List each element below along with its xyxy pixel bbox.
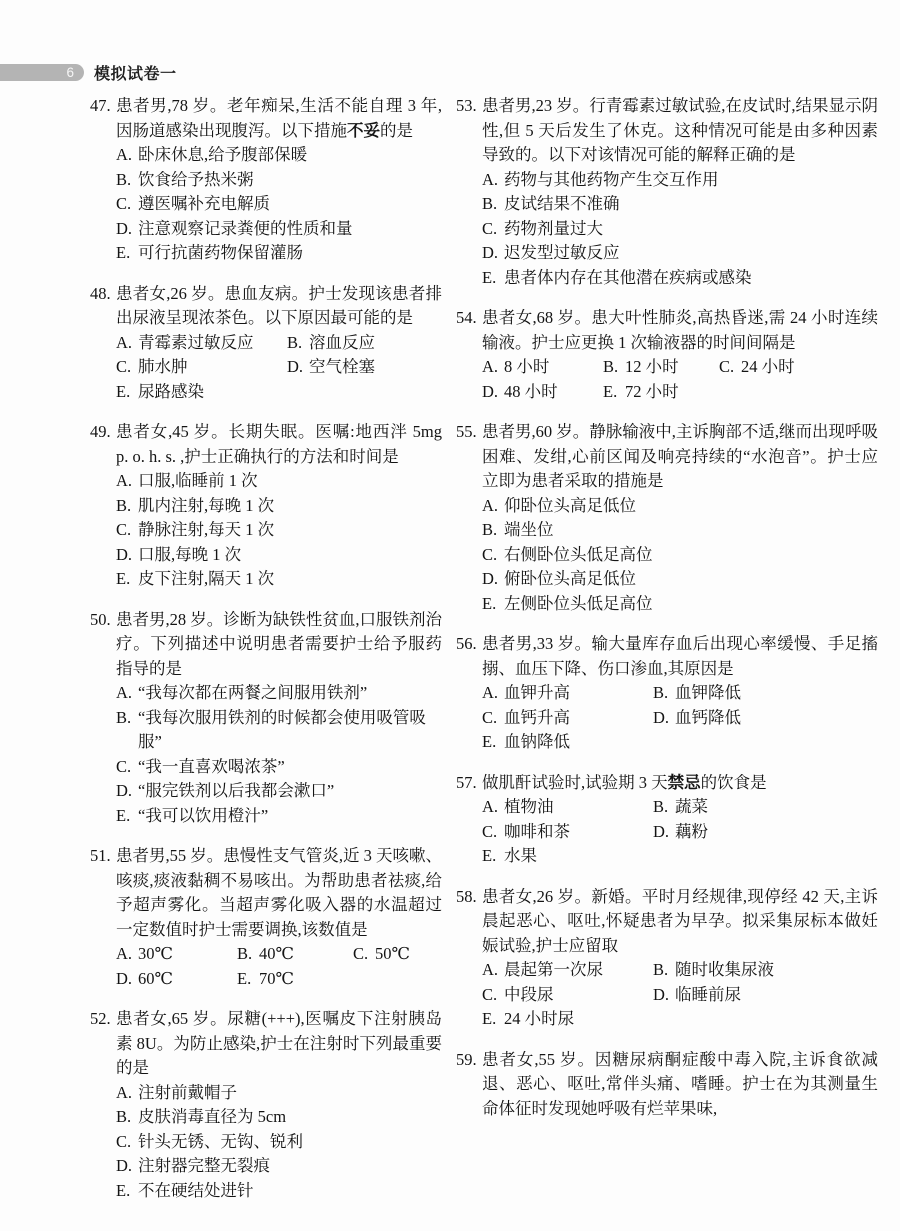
question-stem: 患者男,60 岁。静脉输液中,主诉胸部不适,继而出现呼吸困难、发绀,心前区闻及响… [482,420,878,494]
option-label: A. [482,168,504,193]
option: B.“我每次服用铁剂的时候都会使用吸管吸服” [116,706,442,755]
option-text: 饮食给予热米粥 [138,168,442,193]
option-label: D. [482,241,504,266]
option-label: E. [116,1179,138,1204]
option: C.中段尿 [482,983,653,1008]
option-label: D. [653,706,675,731]
option: D.临睡前尿 [653,983,878,1008]
option-text: 注射前戴帽子 [138,1081,442,1106]
option-text: 40℃ [259,942,353,967]
question: 49.患者女,45 岁。长期失眠。医嘱:地西泮 5mg p. o. h. s. … [90,420,442,592]
options: A.口服,临睡前 1 次B.肌内注射,每晚 1 次C.静脉注射,每天 1 次D.… [116,469,442,592]
question-number: 58. [456,885,482,1032]
option: D.空气栓塞 [287,355,442,380]
option-label: C. [116,1130,138,1155]
stem-text: 患者女,55 岁。因糖尿病酮症酸中毒入院,主诉食欲减退、恶心、呕吐,常伴头痛、嗜… [482,1050,878,1118]
option: C.咖啡和茶 [482,820,653,845]
option-text: 右侧卧位头低足高位 [504,543,878,568]
question-stem: 患者女,26 岁。患血友病。护士发现该患者排出尿液呈现浓茶色。以下原因最可能的是 [116,282,442,331]
option-label: D. [116,779,138,804]
option-label: D. [287,355,309,380]
option-text: 注射器完整无裂痕 [138,1154,442,1179]
option: A.口服,临睡前 1 次 [116,469,442,494]
option: C.50℃ [353,942,442,967]
options: A.卧床休息,给予腹部保暖B.饮食给予热米粥C.遵医嘱补充电解质D.注意观察记录… [116,143,442,266]
question: 56.患者男,33 岁。输大量库存血后出现心率缓慢、手足搐搦、血压下降、伤口渗血… [456,632,878,755]
option: B.40℃ [237,942,353,967]
question-number: 57. [456,771,482,869]
option: A.仰卧位头高足低位 [482,494,878,519]
question-body: 患者男,60 岁。静脉输液中,主诉胸部不适,继而出现呼吸困难、发绀,心前区闻及响… [482,420,878,616]
question-stem: 患者女,65 岁。尿糖(+++),医嘱皮下注射胰岛素 8U。为防止感染,护士在注… [116,1007,442,1081]
option-label: E. [237,967,259,992]
option: E.患者体内存在其他潜在疾病或感染 [482,266,878,291]
page-number-bar: 6 [0,64,84,81]
options: A.8 小时B.12 小时C.24 小时D.48 小时E.72 小时 [482,355,878,404]
question-number: 53. [456,94,482,290]
option-text: 肺水肿 [138,355,287,380]
option-label: B. [116,494,138,519]
option: E.24 小时尿 [482,1007,653,1032]
option-label: A. [482,681,504,706]
option: C.静脉注射,每天 1 次 [116,518,442,543]
option-label: D. [482,567,504,592]
option-text: 24 小时尿 [504,1007,653,1032]
option-label: B. [653,795,675,820]
options: A.仰卧位头高足低位B.端坐位C.右侧卧位头低足高位D.俯卧位头高足低位E.左侧… [482,494,878,617]
option-label: E. [603,380,625,405]
question-body: 患者女,55 岁。因糖尿病酮症酸中毒入院,主诉食欲减退、恶心、呕吐,常伴头痛、嗜… [482,1048,878,1122]
option-label: E. [482,844,504,869]
option-text: 72 小时 [625,380,719,405]
option-text: “我每次都在两餐之间服用铁剂” [138,681,442,706]
question: 52.患者女,65 岁。尿糖(+++),医嘱皮下注射胰岛素 8U。为防止感染,护… [90,1007,442,1203]
option: B.皮肤消毒直径为 5cm [116,1105,442,1130]
option-label: A. [116,681,138,706]
option: B.肌内注射,每晚 1 次 [116,494,442,519]
option-text: 60℃ [138,967,237,992]
question-number: 55. [456,420,482,616]
option-text: 溶血反应 [309,331,442,356]
option: E.“我可以饮用橙汁” [116,804,442,829]
question-stem: 患者女,26 岁。新婚。平时月经规律,现停经 42 天,主诉晨起恶心、呕吐,怀疑… [482,885,878,959]
stem-text: 患者男,23 岁。行青霉素过敏试验,在皮试时,结果显示阴性,但 5 天后发生了休… [482,96,878,164]
question-body: 患者女,45 岁。长期失眠。医嘱:地西泮 5mg p. o. h. s. ,护士… [116,420,442,592]
option-label: B. [237,942,259,967]
option-label: B. [653,681,675,706]
option-text: 血钙升高 [504,706,653,731]
option-text: 48 小时 [504,380,603,405]
option-label: D. [653,983,675,1008]
option-text: “我每次服用铁剂的时候都会使用吸管吸服” [138,706,442,755]
option-text: 随时收集尿液 [675,958,878,983]
stem-text: 患者男,33 岁。输大量库存血后出现心率缓慢、手足搐搦、血压下降、伤口渗血,其原… [482,634,878,678]
option: E.水果 [482,844,653,869]
option-text: 不在硬结处进针 [138,1179,442,1204]
option-text: 仰卧位头高足低位 [504,494,878,519]
option: A.卧床休息,给予腹部保暖 [116,143,442,168]
question-stem: 做肌酐试验时,试验期 3 天禁忌的饮食是 [482,771,878,796]
option: D.注射器完整无裂痕 [116,1154,442,1179]
option-label: E. [482,1007,504,1032]
option: B.蔬菜 [653,795,878,820]
option: A.药物与其他药物产生交互作用 [482,168,878,193]
question-stem: 患者男,55 岁。患慢性支气管炎,近 3 天咳嗽、咳痰,痰液黏稠不易咳出。为帮助… [116,844,442,942]
option-text: 24 小时 [741,355,878,380]
option: E.左侧卧位头低足高位 [482,592,878,617]
exam-page: 6 模拟试卷一 47.患者男,78 岁。老年痴呆,生活不能自理 3 年,因肠道感… [0,0,900,1231]
option: E.70℃ [237,967,353,992]
option-text: 药物剂量过大 [504,217,878,242]
option: A.30℃ [116,942,237,967]
option-label: D. [116,217,138,242]
option-text: 水果 [504,844,653,869]
option-label: E. [116,804,138,829]
question-number: 48. [90,282,116,405]
question-body: 患者男,55 岁。患慢性支气管炎,近 3 天咳嗽、咳痰,痰液黏稠不易咳出。为帮助… [116,844,442,991]
option-text: 尿路感染 [138,380,287,405]
option-text: 端坐位 [504,518,878,543]
option-text: 植物油 [504,795,653,820]
column-left: 47.患者男,78 岁。老年痴呆,生活不能自理 3 年,因肠道感染出现腹泻。以下… [90,94,442,1219]
options: A.青霉素过敏反应B.溶血反应C.肺水肿D.空气栓塞E.尿路感染 [116,331,442,405]
question: 58.患者女,26 岁。新婚。平时月经规律,现停经 42 天,主诉晨起恶心、呕吐… [456,885,878,1032]
option-label: B. [482,192,504,217]
options: A.血钾升高B.血钾降低C.血钙升高D.血钙降低E.血钠降低 [482,681,878,755]
option: D.48 小时 [482,380,603,405]
option-label: A. [116,942,138,967]
stem-text: 的饮食是 [701,773,767,792]
emphasis-text: 禁忌 [668,774,701,792]
option: A.青霉素过敏反应 [116,331,287,356]
option: D.60℃ [116,967,237,992]
question-stem: 患者女,45 岁。长期失眠。医嘱:地西泮 5mg p. o. h. s. ,护士… [116,420,442,469]
option-label: A. [482,958,504,983]
option-text: 针头无锈、无钩、锐利 [138,1130,442,1155]
option-text: 口服,临睡前 1 次 [138,469,442,494]
stem-text: 的是 [380,121,413,140]
option-label: C. [353,942,375,967]
option: B.12 小时 [603,355,719,380]
question: 48.患者女,26 岁。患血友病。护士发现该患者排出尿液呈现浓茶色。以下原因最可… [90,282,442,405]
option: C.药物剂量过大 [482,217,878,242]
option: E.可行抗菌药物保留灌肠 [116,241,442,266]
option: B.血钾降低 [653,681,878,706]
option-label: E. [116,380,138,405]
option-label: C. [482,217,504,242]
option: D.“服完铁剂以后我都会漱口” [116,779,442,804]
option-text: 皮试结果不准确 [504,192,878,217]
option-label: E. [482,266,504,291]
option: E.不在硬结处进针 [116,1179,442,1204]
option: C.肺水肿 [116,355,287,380]
option: A.植物油 [482,795,653,820]
stem-text: 患者女,65 岁。尿糖(+++),医嘱皮下注射胰岛素 8U。为防止感染,护士在注… [116,1009,442,1077]
option-label: A. [482,355,504,380]
question-stem: 患者男,23 岁。行青霉素过敏试验,在皮试时,结果显示阴性,但 5 天后发生了休… [482,94,878,168]
option-text: 左侧卧位头低足高位 [504,592,878,617]
question-number: 47. [90,94,116,266]
option-label: A. [116,331,138,356]
option: E.尿路感染 [116,380,287,405]
question-body: 患者女,68 岁。患大叶性肺炎,高热昏迷,需 24 小时连续输液。护士应更换 1… [482,306,878,404]
option-label: C. [482,543,504,568]
stem-text: 患者男,55 岁。患慢性支气管炎,近 3 天咳嗽、咳痰,痰液黏稠不易咳出。为帮助… [116,846,442,939]
option-label: E. [482,730,504,755]
question-number: 54. [456,306,482,404]
question-number: 51. [90,844,116,991]
option-text: 临睡前尿 [675,983,878,1008]
option-label: A. [482,795,504,820]
option-text: 50℃ [375,942,442,967]
options: A.植物油B.蔬菜C.咖啡和茶D.藕粉E.水果 [482,795,878,869]
option: A.8 小时 [482,355,603,380]
page-title: 模拟试卷一 [94,61,177,84]
option-text: 晨起第一次尿 [504,958,653,983]
option: B.溶血反应 [287,331,442,356]
option: C.遵医嘱补充电解质 [116,192,442,217]
stem-text: 患者女,26 岁。新婚。平时月经规律,现停经 42 天,主诉晨起恶心、呕吐,怀疑… [482,887,878,955]
option-label: B. [116,168,138,193]
question-body: 患者女,26 岁。新婚。平时月经规律,现停经 42 天,主诉晨起恶心、呕吐,怀疑… [482,885,878,1032]
option-label: B. [482,518,504,543]
option-label: A. [116,469,138,494]
question-body: 患者女,26 岁。患血友病。护士发现该患者排出尿液呈现浓茶色。以下原因最可能的是… [116,282,442,405]
question-body: 患者女,65 岁。尿糖(+++),医嘱皮下注射胰岛素 8U。为防止感染,护士在注… [116,1007,442,1203]
option-label: D. [116,1154,138,1179]
option-text: 30℃ [138,942,237,967]
option-text: “我可以饮用橙汁” [138,804,442,829]
option-text: 俯卧位头高足低位 [504,567,878,592]
option-label: C. [116,755,138,780]
option: D.注意观察记录粪便的性质和量 [116,217,442,242]
question-body: 患者男,33 岁。输大量库存血后出现心率缓慢、手足搐搦、血压下降、伤口渗血,其原… [482,632,878,755]
option-label: B. [287,331,309,356]
question-number: 56. [456,632,482,755]
options: A.注射前戴帽子B.皮肤消毒直径为 5cmC.针头无锈、无钩、锐利D.注射器完整… [116,1081,442,1204]
option-label: D. [482,380,504,405]
option-label: D. [116,543,138,568]
question-stem: 患者女,55 岁。因糖尿病酮症酸中毒入院,主诉食欲减退、恶心、呕吐,常伴头痛、嗜… [482,1048,878,1122]
stem-text: 做肌酐试验时,试验期 3 天 [482,773,668,792]
option-text: 青霉素过敏反应 [138,331,287,356]
option-text: 可行抗菌药物保留灌肠 [138,241,442,266]
option-text: 空气栓塞 [309,355,442,380]
stem-text: 患者女,26 岁。患血友病。护士发现该患者排出尿液呈现浓茶色。以下原因最可能的是 [116,284,442,328]
question: 54.患者女,68 岁。患大叶性肺炎,高热昏迷,需 24 小时连续输液。护士应更… [456,306,878,404]
question-stem: 患者男,33 岁。输大量库存血后出现心率缓慢、手足搐搦、血压下降、伤口渗血,其原… [482,632,878,681]
option: C.针头无锈、无钩、锐利 [116,1130,442,1155]
question-body: 做肌酐试验时,试验期 3 天禁忌的饮食是A.植物油B.蔬菜C.咖啡和茶D.藕粉E… [482,771,878,869]
option-label: B. [603,355,625,380]
question-stem: 患者男,28 岁。诊断为缺铁性贫血,口服铁剂治疗。下列描述中说明患者需要护士给予… [116,608,442,682]
question-number: 52. [90,1007,116,1203]
option-text: 迟发型过敏反应 [504,241,878,266]
option-label: C. [116,192,138,217]
options: A.晨起第一次尿B.随时收集尿液C.中段尿D.临睡前尿E.24 小时尿 [482,958,878,1032]
option: C.右侧卧位头低足高位 [482,543,878,568]
option-text: 注意观察记录粪便的性质和量 [138,217,442,242]
option: D.口服,每晚 1 次 [116,543,442,568]
option-label: C. [116,518,138,543]
option-text: 皮肤消毒直径为 5cm [138,1105,442,1130]
question-number: 50. [90,608,116,829]
stem-text: 患者女,68 岁。患大叶性肺炎,高热昏迷,需 24 小时连续输液。护士应更换 1… [482,308,878,352]
question-stem: 患者女,68 岁。患大叶性肺炎,高热昏迷,需 24 小时连续输液。护士应更换 1… [482,306,878,355]
option-text: 卧床休息,给予腹部保暖 [138,143,442,168]
option: B.端坐位 [482,518,878,543]
option-label: C. [482,983,504,1008]
options: A.30℃B.40℃C.50℃D.60℃E.70℃ [116,942,442,991]
option-text: “我一直喜欢喝浓茶” [138,755,442,780]
option-label: D. [116,967,138,992]
option-text: 咖啡和茶 [504,820,653,845]
question-stem: 患者男,78 岁。老年痴呆,生活不能自理 3 年,因肠道感染出现腹泻。以下措施不… [116,94,442,143]
page-number: 6 [66,65,74,80]
stem-text: 患者男,28 岁。诊断为缺铁性贫血,口服铁剂治疗。下列描述中说明患者需要护士给予… [116,610,442,678]
options: A.药物与其他药物产生交互作用B.皮试结果不准确C.药物剂量过大D.迟发型过敏反… [482,168,878,291]
option: B.皮试结果不准确 [482,192,878,217]
option-label: C. [116,355,138,380]
option-text: 70℃ [259,967,353,992]
question-body: 患者男,23 岁。行青霉素过敏试验,在皮试时,结果显示阴性,但 5 天后发生了休… [482,94,878,290]
option-text: 口服,每晚 1 次 [138,543,442,568]
option-label: E. [116,567,138,592]
option-label: B. [116,1105,138,1130]
question-body: 患者男,28 岁。诊断为缺铁性贫血,口服铁剂治疗。下列描述中说明患者需要护士给予… [116,608,442,829]
option: A.血钾升高 [482,681,653,706]
option-label: C. [719,355,741,380]
question: 59.患者女,55 岁。因糖尿病酮症酸中毒入院,主诉食欲减退、恶心、呕吐,常伴头… [456,1048,878,1122]
option-label: B. [653,958,675,983]
option-label: C. [482,706,504,731]
option: E.皮下注射,隔天 1 次 [116,567,442,592]
option-text: 血钾升高 [504,681,653,706]
option-text: 12 小时 [625,355,719,380]
option-text: 8 小时 [504,355,603,380]
option-text: 中段尿 [504,983,653,1008]
option-label: B. [116,706,138,755]
option: B.饮食给予热米粥 [116,168,442,193]
question: 47.患者男,78 岁。老年痴呆,生活不能自理 3 年,因肠道感染出现腹泻。以下… [90,94,442,266]
options: A.“我每次都在两餐之间服用铁剂”B.“我每次服用铁剂的时候都会使用吸管吸服”C… [116,681,442,828]
option: D.藕粉 [653,820,878,845]
question-number: 49. [90,420,116,592]
question: 57.做肌酐试验时,试验期 3 天禁忌的饮食是A.植物油B.蔬菜C.咖啡和茶D.… [456,771,878,869]
emphasis-text: 不妥 [347,122,380,140]
question: 55.患者男,60 岁。静脉输液中,主诉胸部不适,继而出现呼吸困难、发绀,心前区… [456,420,878,616]
option: E.血钠降低 [482,730,653,755]
option: B.随时收集尿液 [653,958,878,983]
option-text: 血钾降低 [675,681,878,706]
option: A.晨起第一次尿 [482,958,653,983]
option-label: A. [482,494,504,519]
option: D.血钙降低 [653,706,878,731]
option-label: E. [482,592,504,617]
option: A.注射前戴帽子 [116,1081,442,1106]
option-text: 患者体内存在其他潜在疾病或感染 [504,266,878,291]
question-number: 59. [456,1048,482,1122]
option-text: 血钙降低 [675,706,878,731]
option: D.俯卧位头高足低位 [482,567,878,592]
option-text: 血钠降低 [504,730,653,755]
column-right: 53.患者男,23 岁。行青霉素过敏试验,在皮试时,结果显示阴性,但 5 天后发… [456,94,878,1137]
option-label: A. [116,143,138,168]
option-text: 肌内注射,每晚 1 次 [138,494,442,519]
option-label: C. [482,820,504,845]
option: A.“我每次都在两餐之间服用铁剂” [116,681,442,706]
option-text: 遵医嘱补充电解质 [138,192,442,217]
option-text: “服完铁剂以后我都会漱口” [138,779,442,804]
stem-text: 患者男,60 岁。静脉输液中,主诉胸部不适,继而出现呼吸困难、发绀,心前区闻及响… [482,422,878,490]
question: 51.患者男,55 岁。患慢性支气管炎,近 3 天咳嗽、咳痰,痰液黏稠不易咳出。… [90,844,442,991]
option-text: 药物与其他药物产生交互作用 [504,168,878,193]
question: 53.患者男,23 岁。行青霉素过敏试验,在皮试时,结果显示阴性,但 5 天后发… [456,94,878,290]
option-label: E. [116,241,138,266]
option-label: D. [653,820,675,845]
question-body: 患者男,78 岁。老年痴呆,生活不能自理 3 年,因肠道感染出现腹泻。以下措施不… [116,94,442,266]
option-text: 静脉注射,每天 1 次 [138,518,442,543]
option-text: 皮下注射,隔天 1 次 [138,567,442,592]
option: C.24 小时 [719,355,878,380]
option: D.迟发型过敏反应 [482,241,878,266]
option: C.“我一直喜欢喝浓茶” [116,755,442,780]
option-text: 蔬菜 [675,795,878,820]
option-text: 藕粉 [675,820,878,845]
question: 50.患者男,28 岁。诊断为缺铁性贫血,口服铁剂治疗。下列描述中说明患者需要护… [90,608,442,829]
option-label: A. [116,1081,138,1106]
option: C.血钙升高 [482,706,653,731]
stem-text: 患者女,45 岁。长期失眠。医嘱:地西泮 5mg p. o. h. s. ,护士… [116,422,442,466]
option: E.72 小时 [603,380,719,405]
